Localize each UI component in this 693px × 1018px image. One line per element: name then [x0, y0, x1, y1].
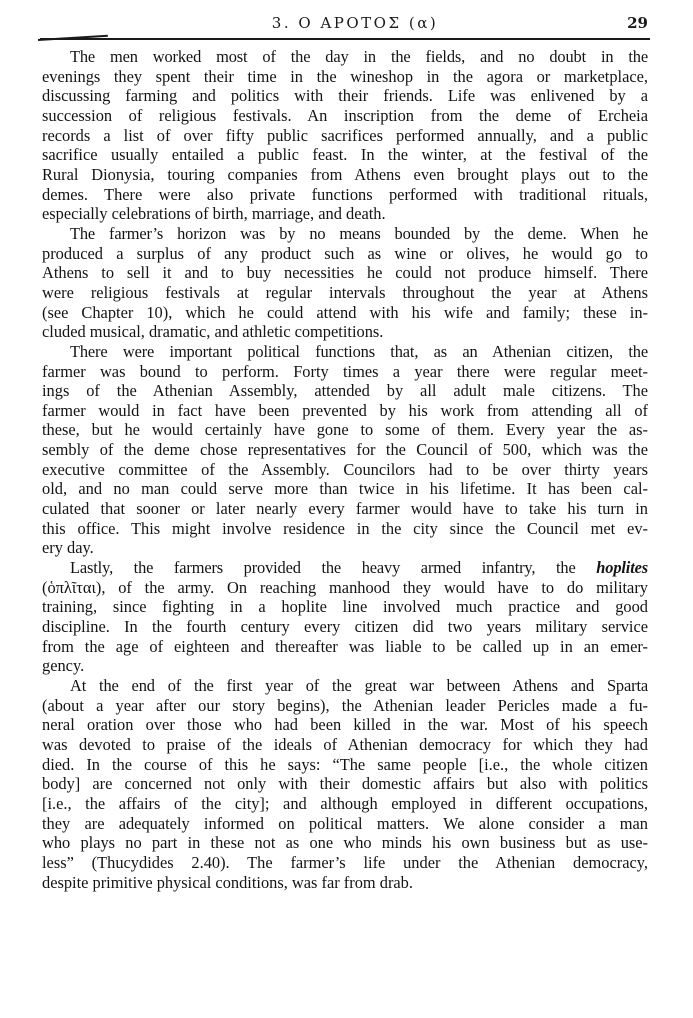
text-line: succession of religious festivals. An in… — [42, 106, 648, 126]
text-line: demes. There were also private functions… — [42, 185, 648, 205]
text-line: (see Chapter 10), which he could attend … — [42, 303, 648, 323]
text-line: At the end of the first year of the grea… — [42, 676, 648, 696]
text-line: died. In the course of this he says: “Th… — [42, 755, 648, 775]
text-line: Athens to sell it and to buy necessities… — [42, 263, 648, 283]
text-line: were religious festivals at regular inte… — [42, 283, 648, 303]
text-line: ery day. — [42, 538, 648, 558]
text-line: sacrifice usually entailed a public feas… — [42, 145, 648, 165]
text-line: cluded musical, dramatic, and athletic c… — [42, 322, 648, 342]
text-line: executive committee of the Assembly. Cou… — [42, 460, 648, 480]
italic-term-hoplites: hoplites — [596, 558, 648, 577]
text-line: (ὁπλῖται), of the army. On reaching manh… — [42, 578, 648, 598]
text-line: evenings they spent their time in the wi… — [42, 67, 648, 87]
text-run: Lastly, the farmers provided the heavy a… — [70, 558, 576, 577]
text-line: Lastly, the farmers provided the heavy a… — [42, 558, 648, 578]
text-line: ings of the Athenian Assembly, attended … — [42, 381, 648, 401]
chapter-title: 3. Ο ΑΡΟΤΟΣ (α) — [40, 14, 650, 32]
text-line: farmer would in fact have been prevented… — [42, 401, 648, 421]
paragraph-3: There were important political functions… — [42, 342, 648, 558]
text-line: discussing farming and politics with the… — [42, 86, 648, 106]
text-line: produced a surplus of any product such a… — [42, 244, 648, 264]
text-line: less” (Thucydides 2.40). The farmer’s li… — [42, 853, 648, 873]
text-line: culated that sooner or later nearly ever… — [42, 499, 648, 519]
text-line: The farmer’s horizon was by no means bou… — [42, 224, 648, 244]
paragraph-2: The farmer’s horizon was by no means bou… — [42, 224, 648, 342]
text-line: farmer was bound to perform. Forty times… — [42, 362, 648, 382]
text-line: these, but he would certainly have gone … — [42, 420, 648, 440]
text-line: despite primitive physical conditions, w… — [42, 873, 648, 893]
text-line: they are adequately informed on politica… — [42, 814, 648, 834]
text-line: [i.e., the affairs of the city]; and alt… — [42, 794, 648, 814]
paragraph-5: At the end of the first year of the grea… — [42, 676, 648, 892]
header-rule — [40, 38, 650, 40]
text-line: The men worked most of the day in the fi… — [42, 47, 648, 67]
text-line: from the age of eighteen and thereafter … — [42, 637, 648, 657]
text-line: this office. This might involve residenc… — [42, 519, 648, 539]
text-line: old, and no man could serve more than tw… — [42, 479, 648, 499]
text-line: especially celebrations of birth, marria… — [42, 204, 648, 224]
running-head: 3. Ο ΑΡΟΤΟΣ (α) 29 — [40, 14, 650, 38]
text-line: There were important political functions… — [42, 342, 648, 362]
text-line: neral oration over those who had been ki… — [42, 715, 648, 735]
text-line: body] are concerned not only with their … — [42, 774, 648, 794]
text-line: sembly of the deme chose representatives… — [42, 440, 648, 460]
text-line: discipline. In the fourth century every … — [42, 617, 648, 637]
text-line: Rural Dionysia, touring companies from A… — [42, 165, 648, 185]
text-line: records a list of over fifty public sacr… — [42, 126, 648, 146]
paragraph-1: The men worked most of the day in the fi… — [42, 47, 648, 224]
text-line: (about a year after our story begins), t… — [42, 696, 648, 716]
text-line: was devoted to praise of the ideals of A… — [42, 735, 648, 755]
body-text: The men worked most of the day in the fi… — [42, 47, 648, 892]
paragraph-4: Lastly, the farmers provided the heavy a… — [42, 558, 648, 676]
text-line: who plays no part in these not as one wh… — [42, 833, 648, 853]
page-number: 29 — [627, 14, 648, 32]
text-line: gency. — [42, 656, 648, 676]
text-line: training, since fighting in a hoplite li… — [42, 597, 648, 617]
